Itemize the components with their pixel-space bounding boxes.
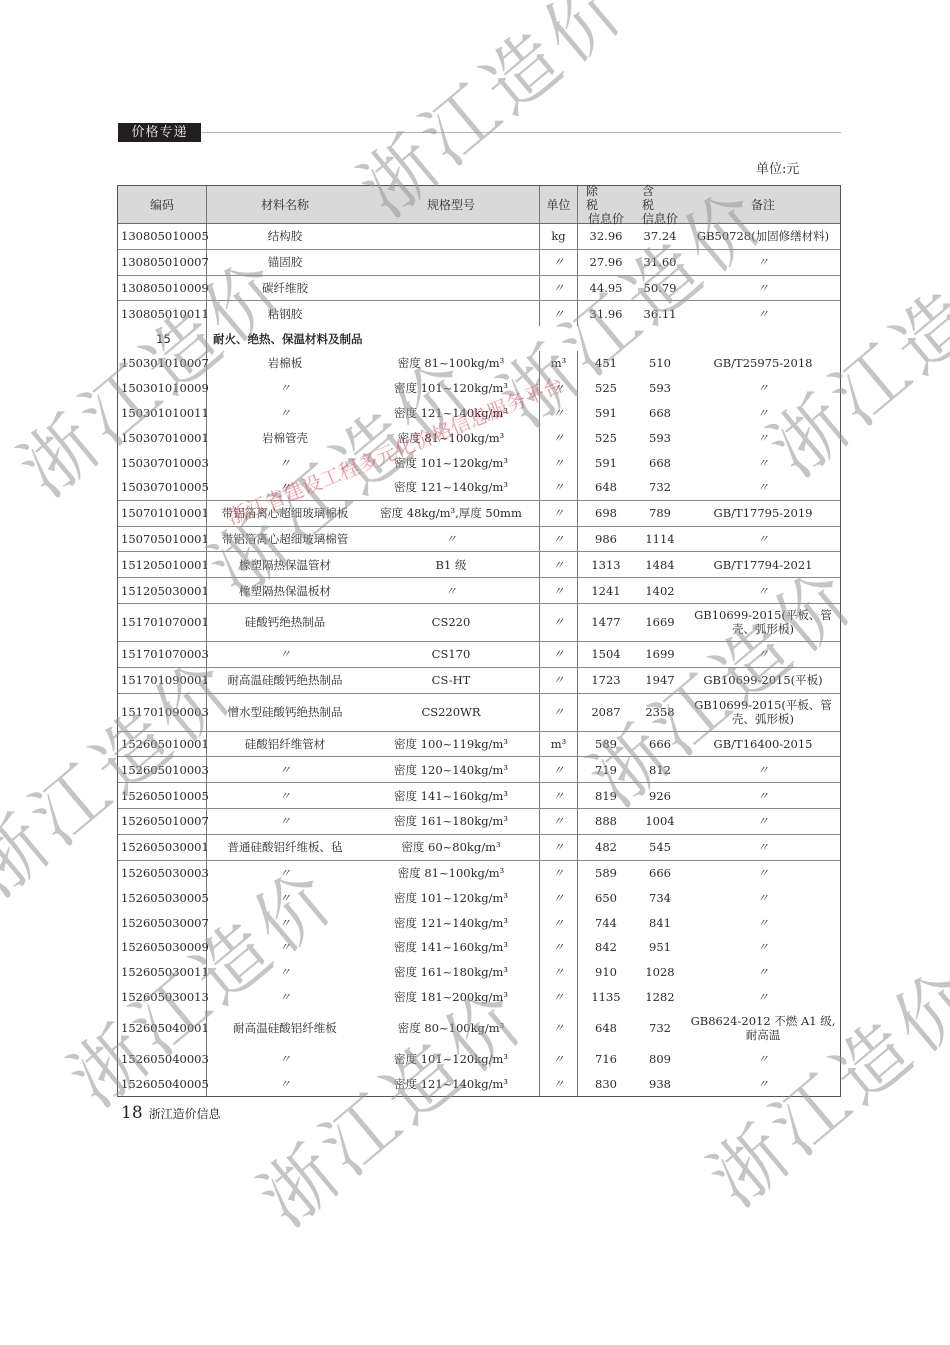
cell-name: 〃 bbox=[207, 642, 363, 667]
cell-name: 〃 bbox=[207, 885, 363, 910]
table-row: 151701090003憎水型硅酸钙绝热制品CS220WR〃20872358GB… bbox=[118, 694, 840, 732]
cell-remark: 〃 bbox=[686, 809, 840, 834]
table-row: 150301010009〃密度 101~120kg/m³〃525593〃 bbox=[118, 376, 840, 401]
cell-spec bbox=[363, 276, 540, 301]
cell-remark: 〃 bbox=[686, 861, 840, 886]
cell-name: 〃 bbox=[207, 450, 363, 475]
cell-remark: 〃 bbox=[686, 276, 840, 301]
cell-unit: 〃 bbox=[540, 1071, 578, 1096]
cell-remark: 〃 bbox=[686, 1071, 840, 1096]
cell-unit: 〃 bbox=[540, 757, 578, 782]
cell-remark: 〃 bbox=[686, 250, 840, 275]
cell-price-ex-tax: 830 bbox=[578, 1071, 634, 1096]
cell-price-ex-tax: 1504 bbox=[578, 642, 634, 667]
cell-price-ex-tax: 888 bbox=[578, 809, 634, 834]
cell-price-ex-tax: 27.96 bbox=[578, 250, 634, 275]
table-header: 编码 材料名称 规格型号 单位 除 税 信息价 含 税 信息价 备注 bbox=[118, 186, 840, 224]
cell-spec: 密度 60~80kg/m³ bbox=[363, 835, 540, 860]
cell-price-in-tax: 812 bbox=[634, 757, 686, 782]
cell-price-ex-tax: 1477 bbox=[578, 604, 634, 641]
table-row: 151701070001硅酸钙绝热制品CS220〃14771669GB10699… bbox=[118, 604, 840, 642]
col-remark: 备注 bbox=[686, 186, 840, 223]
table-row: 130805010007锚固胶〃27.9631.60〃 bbox=[118, 250, 840, 276]
table-row: 150301010007岩棉板密度 81~100kg/m³m³451510GB/… bbox=[118, 351, 840, 376]
cell-price-in-tax: 593 bbox=[634, 425, 686, 450]
cell-price-ex-tax: 1241 bbox=[578, 578, 634, 603]
cell-price-in-tax: 926 bbox=[634, 783, 686, 808]
cell-code: 151701070003 bbox=[118, 642, 207, 667]
cell-unit: 〃 bbox=[540, 1046, 578, 1071]
cell-spec: 密度 101~120kg/m³ bbox=[363, 885, 540, 910]
cell-price-in-tax: 50.79 bbox=[634, 276, 686, 301]
cell-code: 151205010001 bbox=[118, 552, 207, 577]
cell-name: 橡塑隔热保温管材 bbox=[207, 552, 363, 577]
table-row: 151701070003〃CS170〃15041699〃 bbox=[118, 642, 840, 668]
cell-remark: GB/T17795-2019 bbox=[686, 501, 840, 526]
cell-spec: 密度 121~140kg/m³ bbox=[363, 1071, 540, 1096]
table-row: 152605030001普通硅酸铝纤维板、毡密度 60~80kg/m³〃4825… bbox=[118, 835, 840, 861]
cell-spec: 密度 181~200kg/m³ bbox=[363, 985, 540, 1010]
table-row: 152605010001硅酸铝纤维管材密度 100~119kg/m³m³5896… bbox=[118, 732, 840, 758]
cell-code: 152605030003 bbox=[118, 861, 207, 886]
cell-price-ex-tax: 2087 bbox=[578, 694, 634, 731]
cell-unit: 〃 bbox=[540, 985, 578, 1010]
cell-remark: 〃 bbox=[686, 935, 840, 960]
cell-name: 〃 bbox=[207, 401, 363, 426]
cell-unit: 〃 bbox=[540, 835, 578, 860]
cell-code: 151701090001 bbox=[118, 668, 207, 693]
cell-spec: 密度 121~140kg/m³ bbox=[363, 910, 540, 935]
cell-remark: 〃 bbox=[686, 642, 840, 667]
cell-price-in-tax: 1004 bbox=[634, 809, 686, 834]
cell-spec: 密度 141~160kg/m³ bbox=[363, 783, 540, 808]
cell-spec: CS170 bbox=[363, 642, 540, 667]
cell-spec: 密度 141~160kg/m³ bbox=[363, 935, 540, 960]
col-spec: 规格型号 bbox=[363, 186, 540, 223]
section-row: 15耐火、绝热、保温材料及制品 bbox=[118, 326, 840, 351]
cell-unit: 〃 bbox=[540, 885, 578, 910]
cell-price-ex-tax: 591 bbox=[578, 401, 634, 426]
cell-name: 带铝箔离心超细玻璃棉板 bbox=[207, 501, 363, 526]
page-number: 18 bbox=[121, 1103, 143, 1123]
col-price-ex-tax-top: 除 税 bbox=[578, 184, 634, 212]
cell-spec: B1 级 bbox=[363, 552, 540, 577]
cell-spec: 密度 81~100kg/m³ bbox=[363, 351, 540, 376]
cell-name: 〃 bbox=[207, 809, 363, 834]
table-row: 151205010001橡塑隔热保温管材B1 级〃13131484GB/T177… bbox=[118, 552, 840, 578]
cell-remark: 〃 bbox=[686, 885, 840, 910]
cell-price-in-tax: 668 bbox=[634, 450, 686, 475]
section-title: 耐火、绝热、保温材料及制品 bbox=[207, 326, 840, 351]
table-row: 150307010001岩棉管壳密度 81~100kg/m³〃525593〃 bbox=[118, 425, 840, 450]
table-row: 151205030001橡塑隔热保温板材〃〃12411402〃 bbox=[118, 578, 840, 604]
cell-remark: 〃 bbox=[686, 910, 840, 935]
cell-price-in-tax: 593 bbox=[634, 376, 686, 401]
table-row: 150307010003〃密度 101~120kg/m³〃591668〃 bbox=[118, 450, 840, 475]
cell-code: 151701090003 bbox=[118, 694, 207, 731]
table-row: 152605040003〃密度 101~120kg/m³〃716809〃 bbox=[118, 1046, 840, 1071]
cell-spec: 密度 80~100kg/m³ bbox=[363, 1009, 540, 1046]
cell-name: 粘钢胶 bbox=[207, 301, 363, 326]
cell-spec: 密度 101~120kg/m³ bbox=[363, 450, 540, 475]
cell-name: 带铝箔离心超细玻璃棉管 bbox=[207, 527, 363, 552]
cell-price-ex-tax: 482 bbox=[578, 835, 634, 860]
cell-unit: kg bbox=[540, 224, 578, 249]
cell-unit: 〃 bbox=[540, 578, 578, 603]
cell-price-ex-tax: 648 bbox=[578, 1009, 634, 1046]
cell-remark: 〃 bbox=[686, 376, 840, 401]
cell-code: 152605010007 bbox=[118, 809, 207, 834]
cell-code: 152605030013 bbox=[118, 985, 207, 1010]
cell-code: 152605030007 bbox=[118, 910, 207, 935]
cell-price-in-tax: 1402 bbox=[634, 578, 686, 603]
cell-code: 152605030011 bbox=[118, 960, 207, 985]
col-price-in-tax: 含 税 信息价 bbox=[634, 186, 686, 223]
cell-price-in-tax: 1669 bbox=[634, 604, 686, 641]
cell-name: 〃 bbox=[207, 861, 363, 886]
cell-price-ex-tax: 819 bbox=[578, 783, 634, 808]
table-row: 130805010009碳纤维胶〃44.9550.79〃 bbox=[118, 276, 840, 302]
cell-name: 耐高温硅酸钙绝热制品 bbox=[207, 668, 363, 693]
cell-spec: 密度 121~140kg/m³ bbox=[363, 401, 540, 426]
cell-name: 耐高温硅酸铝纤维板 bbox=[207, 1009, 363, 1046]
cell-code: 152605030005 bbox=[118, 885, 207, 910]
cell-price-in-tax: 668 bbox=[634, 401, 686, 426]
cell-price-in-tax: 1484 bbox=[634, 552, 686, 577]
cell-code: 151205030001 bbox=[118, 578, 207, 603]
cell-price-in-tax: 666 bbox=[634, 861, 686, 886]
cell-remark: GB/T16400-2015 bbox=[686, 732, 840, 757]
cell-code: 130805010011 bbox=[118, 301, 207, 326]
cell-spec bbox=[363, 250, 540, 275]
cell-spec: CS220WR bbox=[363, 694, 540, 731]
cell-price-in-tax: 666 bbox=[634, 732, 686, 757]
cell-price-ex-tax: 698 bbox=[578, 501, 634, 526]
cell-spec: 〃 bbox=[363, 527, 540, 552]
cell-remark: 〃 bbox=[686, 985, 840, 1010]
cell-name: 〃 bbox=[207, 910, 363, 935]
cell-spec: 密度 101~120kg/m³ bbox=[363, 1046, 540, 1071]
cell-remark: GB10699-2015(平板、管壳、弧形板) bbox=[686, 694, 840, 731]
cell-name: 〃 bbox=[207, 985, 363, 1010]
cell-price-ex-tax: 910 bbox=[578, 960, 634, 985]
cell-unit: m³ bbox=[540, 351, 578, 376]
cell-price-ex-tax: 1135 bbox=[578, 985, 634, 1010]
cell-spec: 密度 81~100kg/m³ bbox=[363, 861, 540, 886]
cell-price-in-tax: 789 bbox=[634, 501, 686, 526]
cell-code: 150301010011 bbox=[118, 401, 207, 426]
cell-spec: 密度 48kg/m³,厚度 50mm bbox=[363, 501, 540, 526]
cell-remark: 〃 bbox=[686, 783, 840, 808]
table-row: 152605030011〃密度 161~180kg/m³〃9101028〃 bbox=[118, 960, 840, 985]
cell-unit: 〃 bbox=[540, 642, 578, 667]
cell-unit: 〃 bbox=[540, 250, 578, 275]
cell-name: 〃 bbox=[207, 960, 363, 985]
table-row: 152605040001耐高温硅酸铝纤维板密度 80~100kg/m³〃6487… bbox=[118, 1009, 840, 1046]
cell-unit: 〃 bbox=[540, 450, 578, 475]
table-row: 152605030003〃密度 81~100kg/m³〃589666〃 bbox=[118, 861, 840, 886]
cell-spec: 〃 bbox=[363, 578, 540, 603]
cell-price-ex-tax: 44.95 bbox=[578, 276, 634, 301]
cell-name: 〃 bbox=[207, 1046, 363, 1071]
cell-remark: 〃 bbox=[686, 425, 840, 450]
col-unit: 单位 bbox=[540, 186, 578, 223]
table-row: 152605010003〃密度 120~140kg/m³〃719812〃 bbox=[118, 757, 840, 783]
cell-unit: 〃 bbox=[540, 910, 578, 935]
cell-price-in-tax: 31.60 bbox=[634, 250, 686, 275]
cell-price-ex-tax: 716 bbox=[578, 1046, 634, 1071]
cell-spec: CS220 bbox=[363, 604, 540, 641]
page-footer: 18浙江造价信息 bbox=[121, 1103, 221, 1123]
table-row: 150307010005〃密度 121~140kg/m³〃648732〃 bbox=[118, 475, 840, 501]
cell-price-ex-tax: 719 bbox=[578, 757, 634, 782]
cell-price-in-tax: 545 bbox=[634, 835, 686, 860]
cell-remark: GB8624-2012 不燃 A1 级,耐高温 bbox=[686, 1009, 840, 1046]
cell-unit: 〃 bbox=[540, 604, 578, 641]
cell-price-in-tax: 510 bbox=[634, 351, 686, 376]
cell-price-in-tax: 1282 bbox=[634, 985, 686, 1010]
cell-remark: 〃 bbox=[686, 757, 840, 782]
cell-price-ex-tax: 744 bbox=[578, 910, 634, 935]
cell-price-ex-tax: 1723 bbox=[578, 668, 634, 693]
cell-code: 130805010005 bbox=[118, 224, 207, 249]
table-row: 152605030009〃密度 141~160kg/m³〃842951〃 bbox=[118, 935, 840, 960]
cell-code: 150307010001 bbox=[118, 425, 207, 450]
cell-price-in-tax: 1699 bbox=[634, 642, 686, 667]
table-row: 152605010007〃密度 161~180kg/m³〃8881004〃 bbox=[118, 809, 840, 835]
table-body: 130805010005结构胶kg32.9637.24GB50728(加固修缮材… bbox=[118, 224, 840, 1096]
cell-name: 碳纤维胶 bbox=[207, 276, 363, 301]
table-row: 152605030005〃密度 101~120kg/m³〃650734〃 bbox=[118, 885, 840, 910]
cell-code: 150307010005 bbox=[118, 475, 207, 500]
cell-remark: 〃 bbox=[686, 527, 840, 552]
cell-name: 〃 bbox=[207, 475, 363, 500]
cell-name: 橡塑隔热保温板材 bbox=[207, 578, 363, 603]
cell-code: 150301010009 bbox=[118, 376, 207, 401]
cell-name: 结构胶 bbox=[207, 224, 363, 249]
banner-rule bbox=[201, 132, 841, 133]
cell-price-in-tax: 36.11 bbox=[634, 301, 686, 326]
table-row: 130805010005结构胶kg32.9637.24GB50728(加固修缮材… bbox=[118, 224, 840, 250]
magazine-title: 浙江造价信息 bbox=[149, 1107, 221, 1121]
cell-name: 岩棉板 bbox=[207, 351, 363, 376]
cell-price-ex-tax: 842 bbox=[578, 935, 634, 960]
cell-spec: 密度 101~120kg/m³ bbox=[363, 376, 540, 401]
cell-price-ex-tax: 31.96 bbox=[578, 301, 634, 326]
cell-spec: 密度 120~140kg/m³ bbox=[363, 757, 540, 782]
cell-name: 〃 bbox=[207, 757, 363, 782]
cell-remark: GB10699-2015(平板、管壳、弧形板) bbox=[686, 604, 840, 641]
cell-price-in-tax: 2358 bbox=[634, 694, 686, 731]
cell-price-in-tax: 951 bbox=[634, 935, 686, 960]
cell-name: 〃 bbox=[207, 783, 363, 808]
cell-unit: 〃 bbox=[540, 809, 578, 834]
cell-remark: GB10699-2015(平板) bbox=[686, 668, 840, 693]
col-price-in-tax-top: 含 税 bbox=[634, 184, 686, 212]
cell-code: 150307010003 bbox=[118, 450, 207, 475]
cell-price-ex-tax: 1313 bbox=[578, 552, 634, 577]
cell-unit: 〃 bbox=[540, 475, 578, 500]
cell-spec bbox=[363, 301, 540, 326]
cell-code: 151701070001 bbox=[118, 604, 207, 641]
cell-name: 普通硅酸铝纤维板、毡 bbox=[207, 835, 363, 860]
cell-price-ex-tax: 525 bbox=[578, 376, 634, 401]
cell-unit: 〃 bbox=[540, 401, 578, 426]
cell-price-in-tax: 841 bbox=[634, 910, 686, 935]
cell-code: 152605040005 bbox=[118, 1071, 207, 1096]
cell-price-ex-tax: 589 bbox=[578, 732, 634, 757]
cell-unit: 〃 bbox=[540, 1009, 578, 1046]
table-row: 150701010001带铝箔离心超细玻璃棉板密度 48kg/m³,厚度 50m… bbox=[118, 501, 840, 527]
cell-code: 152605010005 bbox=[118, 783, 207, 808]
cell-price-in-tax: 732 bbox=[634, 475, 686, 500]
cell-spec bbox=[363, 224, 540, 249]
cell-unit: 〃 bbox=[540, 501, 578, 526]
cell-remark: 〃 bbox=[686, 960, 840, 985]
cell-unit: 〃 bbox=[540, 668, 578, 693]
cell-name: 〃 bbox=[207, 935, 363, 960]
table-row: 150301010011〃密度 121~140kg/m³〃591668〃 bbox=[118, 401, 840, 426]
cell-name: 憎水型硅酸钙绝热制品 bbox=[207, 694, 363, 731]
price-table: 编码 材料名称 规格型号 单位 除 税 信息价 含 税 信息价 备注 13080… bbox=[117, 185, 841, 1097]
cell-price-in-tax: 37.24 bbox=[634, 224, 686, 249]
cell-name: 锚固胶 bbox=[207, 250, 363, 275]
cell-unit: 〃 bbox=[540, 935, 578, 960]
cell-code: 152605040001 bbox=[118, 1009, 207, 1046]
table-row: 152605040005〃密度 121~140kg/m³〃830938〃 bbox=[118, 1071, 840, 1096]
cell-code: 152605010001 bbox=[118, 732, 207, 757]
cell-name: 硅酸钙绝热制品 bbox=[207, 604, 363, 641]
cell-code: 150701010001 bbox=[118, 501, 207, 526]
cell-remark: 〃 bbox=[686, 475, 840, 500]
cell-remark: 〃 bbox=[686, 835, 840, 860]
table-row: 130805010011粘钢胶〃31.9636.11〃 bbox=[118, 301, 840, 326]
cell-remark: GB50728(加固修缮材料) bbox=[686, 224, 840, 249]
cell-price-ex-tax: 650 bbox=[578, 885, 634, 910]
cell-price-ex-tax: 986 bbox=[578, 527, 634, 552]
cell-price-in-tax: 1028 bbox=[634, 960, 686, 985]
cell-price-ex-tax: 451 bbox=[578, 351, 634, 376]
table-row: 151701090001耐高温硅酸钙绝热制品CS-HT〃17231947GB10… bbox=[118, 668, 840, 694]
cell-spec: 密度 161~180kg/m³ bbox=[363, 809, 540, 834]
cell-code: 150301010007 bbox=[118, 351, 207, 376]
col-code: 编码 bbox=[118, 186, 207, 223]
cell-unit: 〃 bbox=[540, 276, 578, 301]
cell-name: 硅酸铝纤维管材 bbox=[207, 732, 363, 757]
cell-spec: CS-HT bbox=[363, 668, 540, 693]
cell-price-in-tax: 809 bbox=[634, 1046, 686, 1071]
cell-price-ex-tax: 32.96 bbox=[578, 224, 634, 249]
cell-name: 岩棉管壳 bbox=[207, 425, 363, 450]
cell-code: 150705010001 bbox=[118, 527, 207, 552]
cell-price-in-tax: 732 bbox=[634, 1009, 686, 1046]
cell-spec: 密度 121~140kg/m³ bbox=[363, 475, 540, 500]
cell-price-ex-tax: 589 bbox=[578, 861, 634, 886]
cell-price-ex-tax: 591 bbox=[578, 450, 634, 475]
section-banner: 价格专递 bbox=[118, 123, 201, 142]
cell-code: 152605040003 bbox=[118, 1046, 207, 1071]
cell-remark: 〃 bbox=[686, 301, 840, 326]
cell-unit: 〃 bbox=[540, 960, 578, 985]
cell-remark: 〃 bbox=[686, 401, 840, 426]
cell-unit: 〃 bbox=[540, 552, 578, 577]
cell-price-ex-tax: 525 bbox=[578, 425, 634, 450]
cell-code: 130805010009 bbox=[118, 276, 207, 301]
col-price-ex-tax: 除 税 信息价 bbox=[578, 186, 634, 223]
cell-unit: 〃 bbox=[540, 376, 578, 401]
cell-unit: m³ bbox=[540, 732, 578, 757]
table-row: 150705010001带铝箔离心超细玻璃棉管〃〃9861114〃 bbox=[118, 527, 840, 553]
cell-remark: 〃 bbox=[686, 1046, 840, 1071]
cell-unit: 〃 bbox=[540, 861, 578, 886]
cell-unit: 〃 bbox=[540, 425, 578, 450]
cell-remark: 〃 bbox=[686, 450, 840, 475]
cell-unit: 〃 bbox=[540, 694, 578, 731]
cell-remark: GB/T17794-2021 bbox=[686, 552, 840, 577]
cell-price-in-tax: 734 bbox=[634, 885, 686, 910]
cell-price-in-tax: 938 bbox=[634, 1071, 686, 1096]
section-number: 15 bbox=[118, 326, 207, 351]
cell-unit: 〃 bbox=[540, 301, 578, 326]
cell-price-ex-tax: 648 bbox=[578, 475, 634, 500]
cell-remark: GB/T25975-2018 bbox=[686, 351, 840, 376]
cell-unit: 〃 bbox=[540, 783, 578, 808]
cell-spec: 密度 81~100kg/m³ bbox=[363, 425, 540, 450]
cell-remark: 〃 bbox=[686, 578, 840, 603]
cell-code: 152605030009 bbox=[118, 935, 207, 960]
cell-price-in-tax: 1947 bbox=[634, 668, 686, 693]
cell-code: 152605030001 bbox=[118, 835, 207, 860]
cell-spec: 密度 161~180kg/m³ bbox=[363, 960, 540, 985]
cell-code: 152605010003 bbox=[118, 757, 207, 782]
table-row: 152605010005〃密度 141~160kg/m³〃819926〃 bbox=[118, 783, 840, 809]
cell-name: 〃 bbox=[207, 376, 363, 401]
cell-name: 〃 bbox=[207, 1071, 363, 1096]
unit-label: 单位:元 bbox=[756, 158, 799, 177]
col-name: 材料名称 bbox=[207, 186, 363, 223]
cell-spec: 密度 100~119kg/m³ bbox=[363, 732, 540, 757]
table-row: 152605030007〃密度 121~140kg/m³〃744841〃 bbox=[118, 910, 840, 935]
table-row: 152605030013〃密度 181~200kg/m³〃11351282〃 bbox=[118, 985, 840, 1010]
cell-unit: 〃 bbox=[540, 527, 578, 552]
cell-code: 130805010007 bbox=[118, 250, 207, 275]
cell-price-in-tax: 1114 bbox=[634, 527, 686, 552]
